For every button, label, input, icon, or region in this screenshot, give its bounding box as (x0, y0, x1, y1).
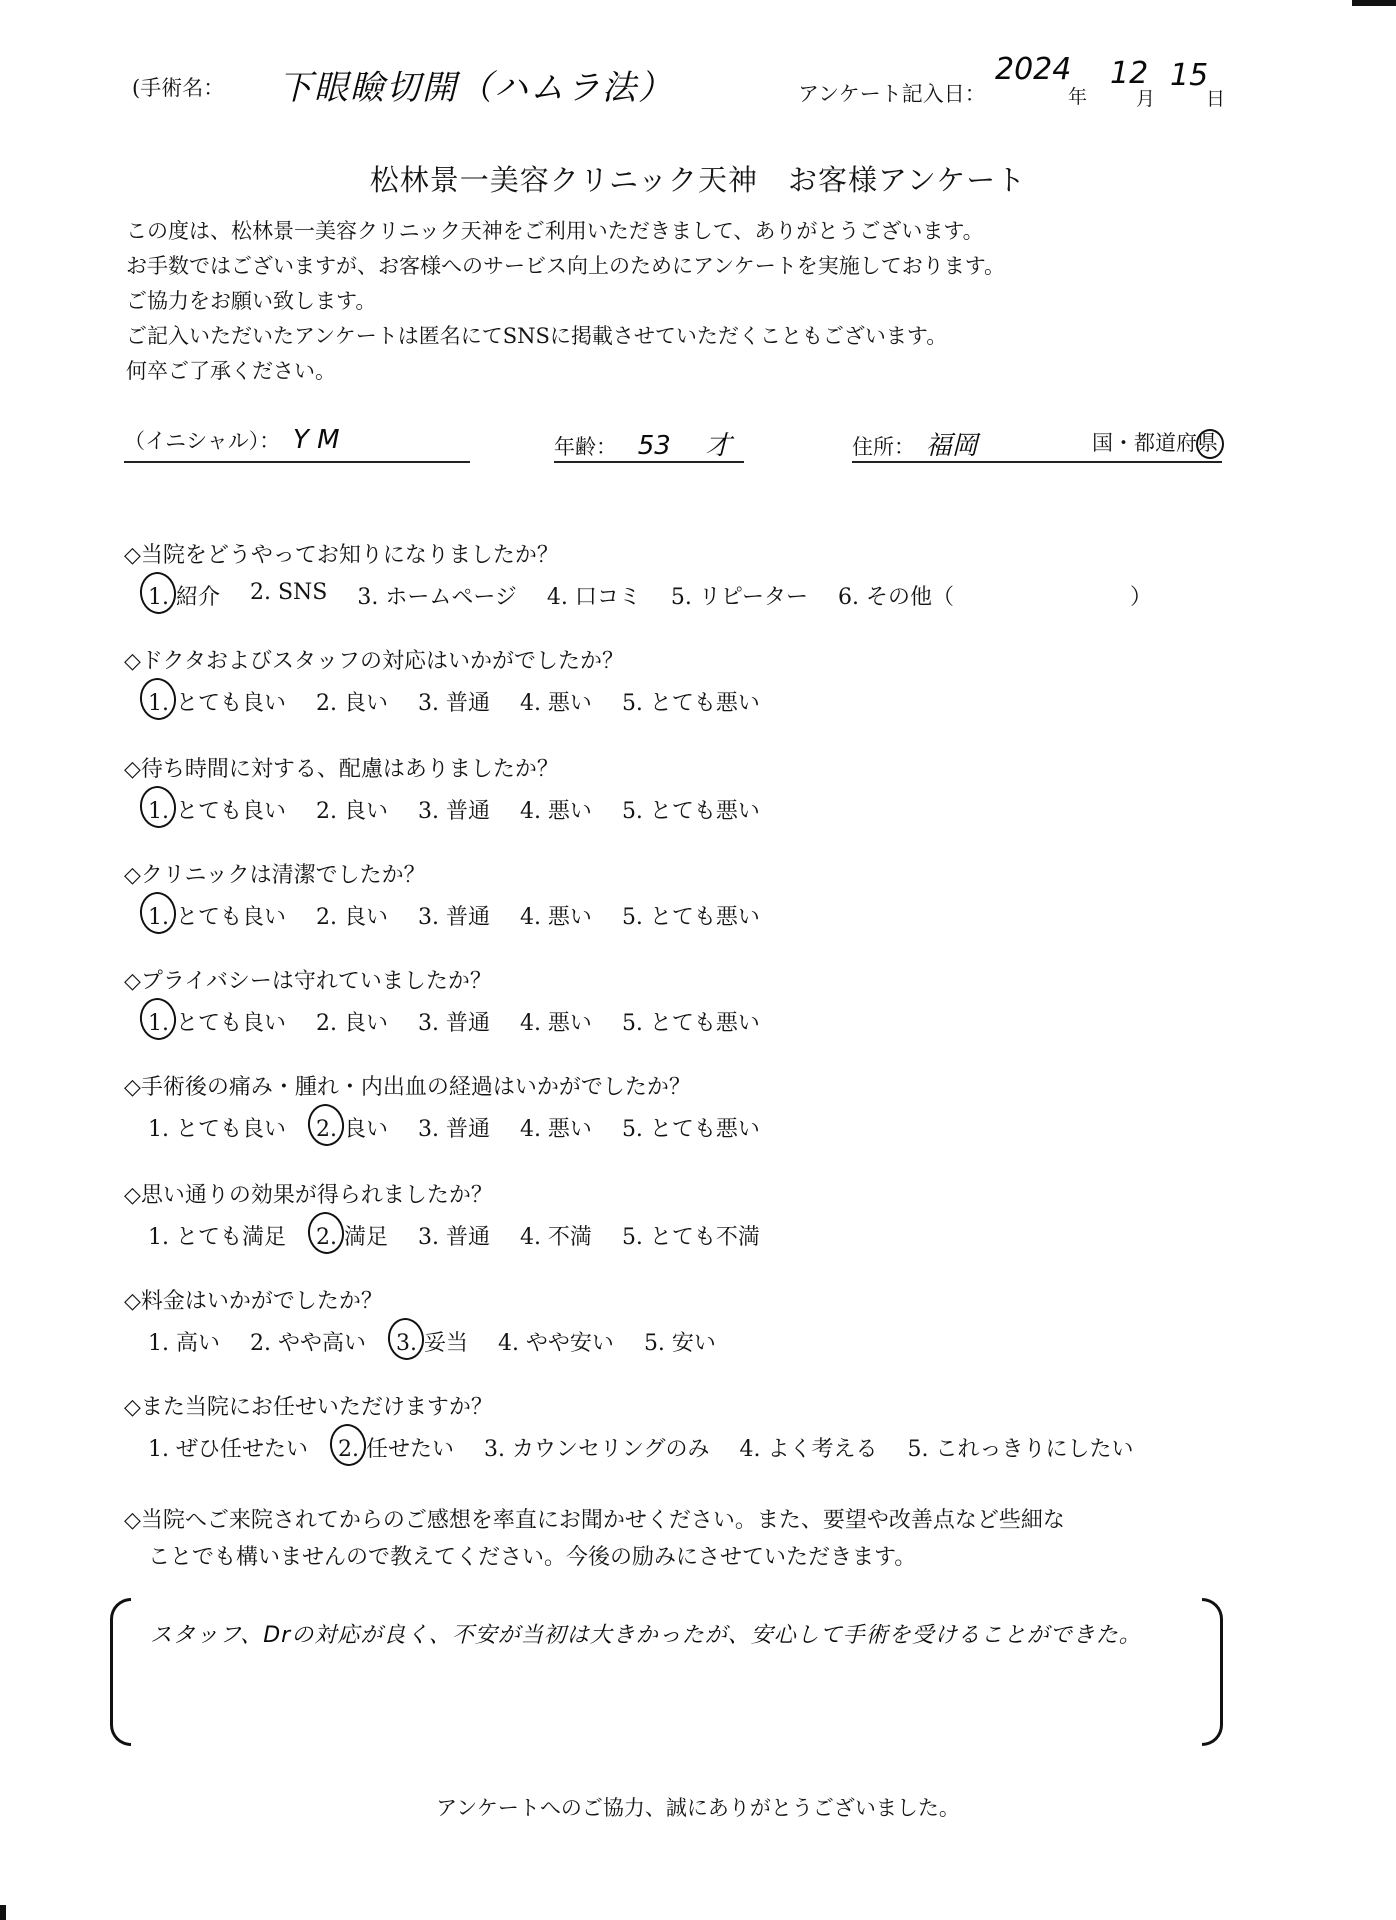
answer-option[interactable]: 2. 良い (316, 900, 388, 931)
scan-edge-mark (1352, 0, 1396, 6)
day-unit: 日 (1206, 84, 1225, 111)
initial-value: Y M (293, 425, 340, 455)
answer-option[interactable]: 4. 悪い (520, 686, 592, 717)
question-title: ◇また当院にお任せいただけますか？ (124, 1390, 493, 1421)
initial-label: （イニシャル）： (124, 429, 280, 453)
question-title: ◇思い通りの効果が得られましたか？ (124, 1178, 493, 1209)
survey-date-day: 15 (1170, 58, 1208, 93)
answer-option[interactable]: 4. 悪い (520, 794, 592, 825)
answer-option[interactable]: 5. とても悪い (622, 794, 760, 825)
answer-option[interactable]: 1. とても良い (148, 1006, 286, 1037)
intro-line: ご協力をお願い致します。 (126, 284, 1005, 319)
initial-field[interactable]: （イニシャル）： Y M (124, 425, 470, 463)
age-field[interactable]: 年齢： 53 才 (554, 425, 744, 463)
answer-option[interactable]: 3. カウンセリングのみ (484, 1432, 710, 1463)
answer-option[interactable]: 2. やや高い (250, 1326, 366, 1357)
comment-box-left-bracket (110, 1598, 131, 1746)
feedback-prompt-line2: ことでも構いませんので教えてください。今後の励みにさせていただきます。 (148, 1540, 916, 1571)
address-value: 福岡 (926, 431, 978, 461)
answer-option[interactable]: 4. 悪い (520, 1112, 592, 1143)
question-options: 1. とても満足2. 満足3. 普通4. 不満5. とても不満 (148, 1220, 790, 1251)
answer-option[interactable]: 1. とても良い (148, 900, 286, 931)
answer-option[interactable]: 3. 普通 (418, 794, 490, 825)
question-title: ◇クリニックは清潔でしたか？ (124, 858, 426, 889)
year-unit: 年 (1068, 82, 1087, 109)
answer-option[interactable]: 1. とても満足 (148, 1220, 286, 1251)
answer-option[interactable]: 1. 高い (148, 1326, 220, 1357)
question-title: ◇料金はいかがでしたか？ (124, 1284, 383, 1315)
answer-option[interactable]: 3. 妥当 (396, 1326, 468, 1357)
comment-text[interactable]: スタッフ、Drの対応が良く、不安が当初は大きかったが、安心して手術を受けることが… (150, 1618, 1142, 1649)
answer-option[interactable]: 5. 安い (644, 1326, 716, 1357)
intro-text: この度は、松林景一美容クリニック天神をご利用いただきまして、ありがとうございます… (126, 214, 1005, 389)
answer-option[interactable]: 1. とても良い (148, 794, 286, 825)
age-value: 53 (638, 431, 671, 461)
answer-option[interactable]: 3. ホームページ (357, 580, 517, 611)
answer-option[interactable]: 5. とても悪い (622, 900, 760, 931)
age-label: 年齢： (554, 435, 617, 459)
question-title: ◇プライバシーは守れていましたか？ (124, 964, 492, 995)
question-options: 1. とても良い2. 良い3. 普通4. 悪い5. とても悪い (148, 686, 790, 717)
month-unit: 月 (1136, 84, 1155, 111)
answer-option[interactable]: 4. やや安い (498, 1326, 614, 1357)
prefecture-circle-mark (1196, 429, 1224, 459)
answer-option[interactable]: 3. 普通 (418, 900, 490, 931)
answer-option[interactable]: 2. 良い (316, 794, 388, 825)
question-title: ◇待ち時間に対する、配慮はありましたか？ (124, 752, 559, 783)
answer-option[interactable]: 5. これっきりにしたい (908, 1432, 1134, 1463)
question-options: 1. 高い2. やや高い3. 妥当4. やや安い5. 安い (148, 1326, 746, 1357)
answer-option[interactable]: 3. 普通 (418, 686, 490, 717)
answer-option[interactable]: 5. とても悪い (622, 686, 760, 717)
question-options: 1. 紹介2. SNS3. ホームページ4. 口コミ5. リピーター6. その他… (148, 580, 1182, 611)
answer-option[interactable]: 2. 任せたい (338, 1432, 454, 1463)
intro-line: ご記入いただいたアンケートは匿名にてSNSに掲載させていただくこともございます。 (126, 319, 1005, 354)
age-unit: 才 (705, 431, 731, 461)
question-options: 1. とても良い2. 良い3. 普通4. 悪い5. とても悪い (148, 1112, 790, 1143)
answer-option[interactable]: 3. 普通 (418, 1006, 490, 1037)
answer-option[interactable]: 4. 口コミ (547, 580, 641, 611)
answer-option[interactable]: 3. 普通 (418, 1112, 490, 1143)
survey-date-label: アンケート記入日： (798, 78, 986, 108)
intro-line: お手数ではございますが、お客様へのサービス向上のためにアンケートを実施しておりま… (126, 249, 1005, 284)
answer-option[interactable]: 1. 紹介 (148, 580, 220, 611)
survey-date-year: 2024 (995, 52, 1071, 87)
answer-option[interactable]: 4. よく考える (740, 1432, 878, 1463)
answer-option[interactable]: 4. 悪い (520, 900, 592, 931)
answer-option[interactable]: 1. ぜひ任せたい (148, 1432, 308, 1463)
answer-option[interactable]: 5. とても悪い (622, 1112, 760, 1143)
answer-option[interactable]: 3. 普通 (418, 1220, 490, 1251)
scan-edge-mark-bottom (0, 1905, 6, 1920)
intro-line: この度は、松林景一美容クリニック天神をご利用いただきまして、ありがとうございます… (126, 214, 1005, 249)
footer-thanks: アンケートへのご協力、誠にありがとうございました。 (0, 1792, 1396, 1822)
surgery-name-value: 下眼瞼切開（ハムラ法） (278, 60, 674, 109)
question-options: 1. とても良い2. 良い3. 普通4. 悪い5. とても悪い (148, 1006, 790, 1037)
answer-option[interactable]: 2. 良い (316, 1006, 388, 1037)
question-title: ◇当院をどうやってお知りになりましたか？ (124, 538, 559, 569)
question-title: ◇ドクタおよびスタッフの対応はいかがでしたか？ (124, 644, 624, 675)
answer-option[interactable]: 5. とても不満 (622, 1220, 760, 1251)
answer-option[interactable]: 5. リピーター (671, 580, 808, 611)
answer-option[interactable]: 6. その他（ ） (838, 580, 1152, 611)
question-options: 1. ぜひ任せたい2. 任せたい3. カウンセリングのみ4. よく考える5. こ… (148, 1432, 1163, 1463)
question-options: 1. とても良い2. 良い3. 普通4. 悪い5. とても悪い (148, 900, 790, 931)
feedback-prompt-line1: ◇当院へご来院されてからのご感想を率直にお聞かせください。また、要望や改善点など… (124, 1503, 1065, 1534)
address-field[interactable]: 住所： 福岡 国・都道府県 (852, 425, 1222, 463)
answer-option[interactable]: 4. 悪い (520, 1006, 592, 1037)
page-title: 松林景一美容クリニック天神 お客様アンケート (0, 158, 1396, 199)
surgery-label: (手術名： (132, 72, 224, 102)
intro-line: 何卒ご了承ください。 (126, 354, 1005, 389)
answer-option[interactable]: 4. 不満 (520, 1220, 592, 1251)
question-options: 1. とても良い2. 良い3. 普通4. 悪い5. とても悪い (148, 794, 790, 825)
answer-option[interactable]: 2. 良い (316, 1112, 388, 1143)
answer-option[interactable]: 2. 良い (316, 686, 388, 717)
question-title: ◇手術後の痛み・腫れ・内出血の経過はいかがでしたか？ (124, 1070, 691, 1101)
answer-option[interactable]: 1. とても良い (148, 1112, 286, 1143)
answer-option[interactable]: 2. 満足 (316, 1220, 388, 1251)
answer-option[interactable]: 1. とても良い (148, 686, 286, 717)
answer-option[interactable]: 2. SNS (250, 580, 327, 611)
answer-option[interactable]: 5. とても悪い (622, 1006, 760, 1037)
address-label: 住所： (852, 435, 915, 459)
comment-box-right-bracket (1202, 1598, 1223, 1746)
